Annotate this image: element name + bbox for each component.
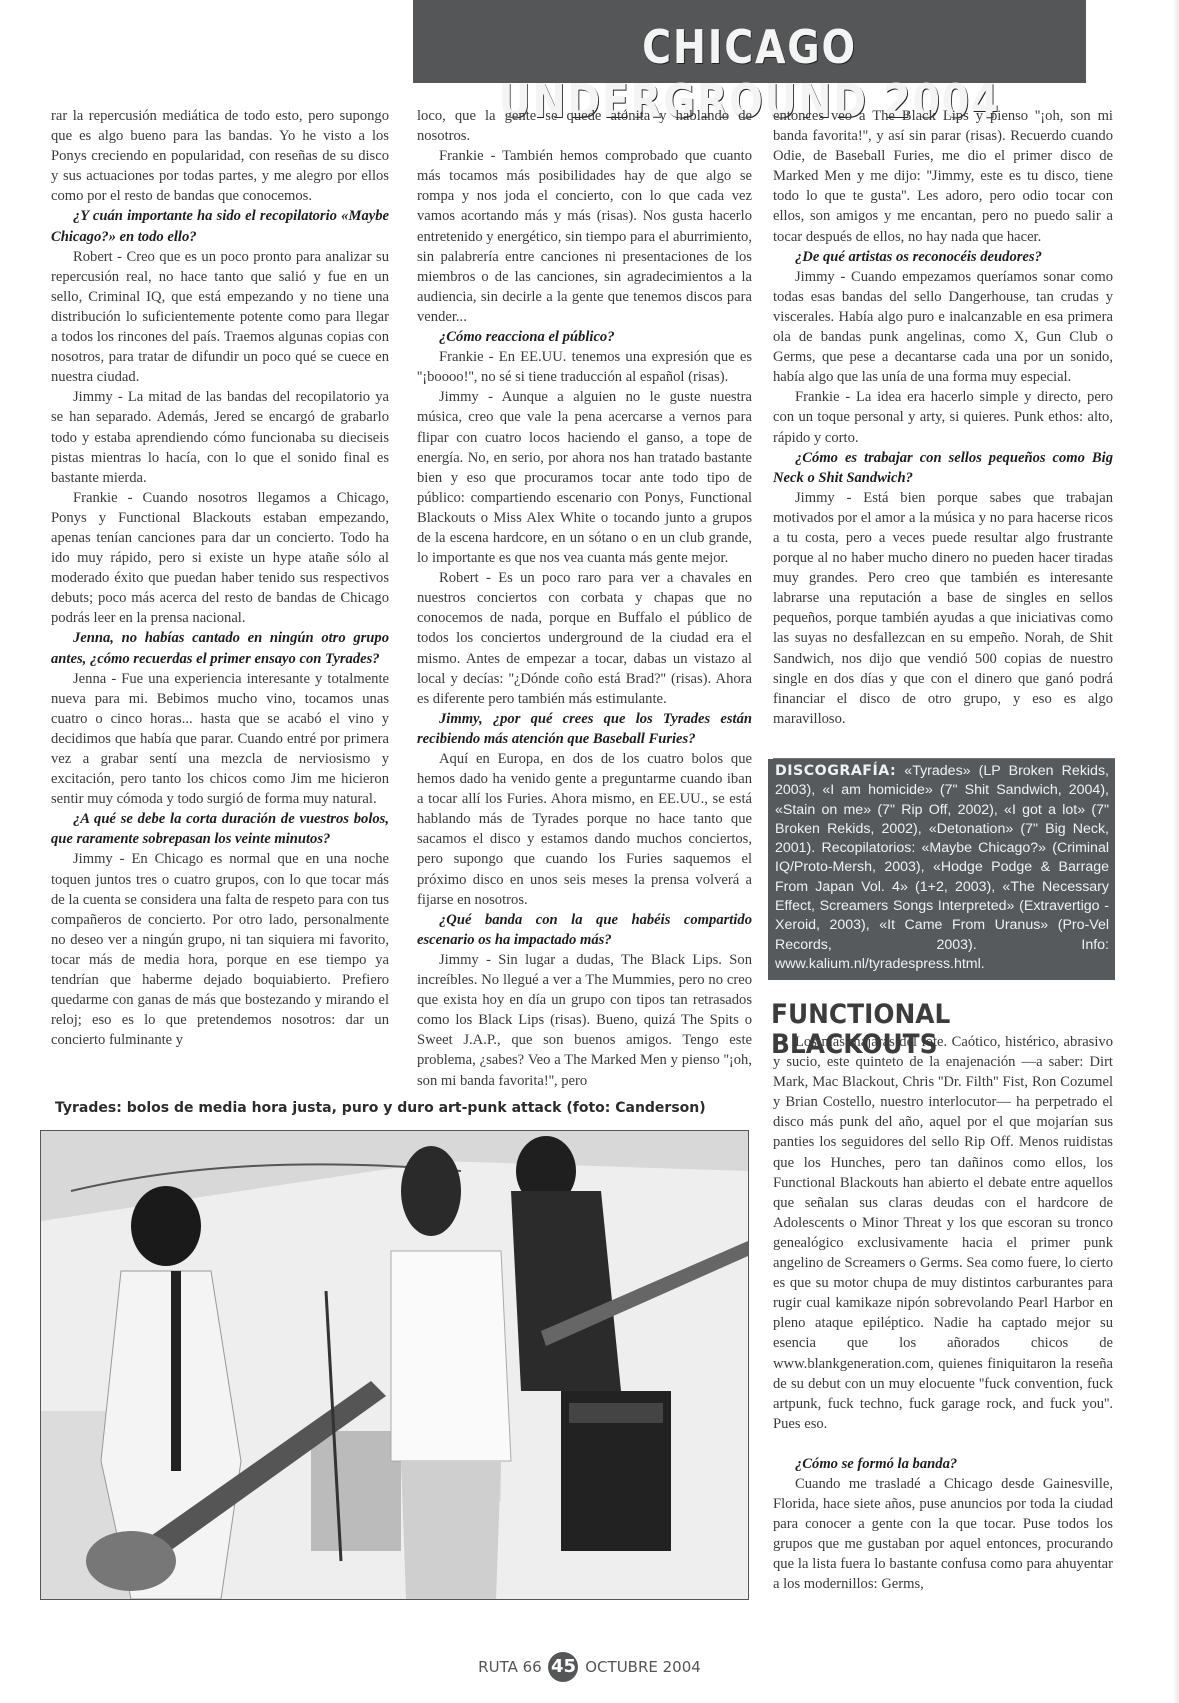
interview-question: Jimmy, ¿por qué crees que los Tyrades es… bbox=[417, 709, 752, 749]
paragraph: Frankie - La idea era hacerlo simple y d… bbox=[773, 387, 1113, 447]
paragraph: entonces veo a The Black Lips y pienso '… bbox=[773, 106, 1113, 247]
page-number-badge: 45 bbox=[548, 1652, 578, 1682]
paragraph: Cuando me trasladé a Chicago desde Gaine… bbox=[773, 1474, 1113, 1595]
interview-question: Jenna, no habías cantado en ningún otro … bbox=[51, 628, 389, 668]
paragraph: Jimmy - Cuando empezamos queríamos sonar… bbox=[773, 267, 1113, 388]
article-column-1: rar la repercusión mediática de todo est… bbox=[51, 106, 389, 1050]
paragraph: Los más majaras del lote. Caótico, histé… bbox=[773, 1032, 1113, 1434]
interview-question: ¿Cómo es trabajar con sellos pequeños co… bbox=[773, 448, 1113, 488]
interview-question: ¿A qué se debe la corta duración de vues… bbox=[51, 809, 389, 849]
paragraph: Aquí en Europa, en dos de los cuatro bol… bbox=[417, 749, 752, 910]
interview-question: ¿Cómo reacciona el público? bbox=[417, 327, 752, 347]
paragraph: Frankie - También hemos comprobado que c… bbox=[417, 146, 752, 327]
interview-question: ¿Cómo se formó la banda? bbox=[773, 1454, 1113, 1474]
paragraph: Jimmy - La mitad de las bandas del recop… bbox=[51, 387, 389, 487]
paragraph: Jimmy - Está bien porque sabes que traba… bbox=[773, 488, 1113, 729]
paragraph: Robert - Creo que es un poco pronto para… bbox=[51, 247, 389, 388]
paragraph: rar la repercusión mediática de todo est… bbox=[51, 106, 389, 206]
paragraph-spacer bbox=[773, 1434, 1113, 1454]
paragraph: Frankie - Cuando nosotros llegamos a Chi… bbox=[51, 488, 389, 629]
band-photo-illustration bbox=[41, 1131, 748, 1599]
functional-blackouts-heading: FUNCTIONAL BLACKOUTS bbox=[771, 1000, 1075, 1030]
page-footer: RUTA 66 45 OCTUBRE 2004 bbox=[0, 1652, 1179, 1682]
section-header-banner: CHICAGO UNDERGROUND 2004 bbox=[413, 0, 1086, 83]
interview-question: ¿De qué artistas os reconocéis deudores? bbox=[773, 247, 1113, 267]
paragraph: Robert - Es un poco raro para ver a chav… bbox=[417, 568, 752, 709]
interview-question: ¿Y cuán importante ha sido el recopilato… bbox=[51, 206, 389, 246]
discography-text: «Tyrades» (LP Broken Rekids, 2003), «I a… bbox=[775, 763, 1109, 972]
band-photo bbox=[40, 1130, 749, 1600]
interview-question: ¿Qué banda con la que habéis compartido … bbox=[417, 910, 752, 950]
issue-date: OCTUBRE 2004 bbox=[585, 1658, 701, 1676]
discography-box: DISCOGRAFÍA: «Tyrades» (LP Broken Rekids… bbox=[768, 759, 1115, 980]
paragraph: Jenna - Fue una experiencia interesante … bbox=[51, 669, 389, 810]
page-edge bbox=[1173, 0, 1179, 1703]
functional-blackouts-column: Los más majaras del lote. Caótico, histé… bbox=[773, 1032, 1113, 1595]
paragraph: Jimmy - Aunque a alguien no le guste nue… bbox=[417, 387, 752, 568]
paragraph: Jimmy - En Chicago es normal que en una … bbox=[51, 849, 389, 1050]
article-column-3: entonces veo a The Black Lips y pienso '… bbox=[773, 106, 1113, 729]
paragraph: Jimmy - Sin lugar a dudas, The Black Lip… bbox=[417, 950, 752, 1091]
discography-label: DISCOGRAFÍA: bbox=[775, 763, 896, 779]
paragraph: Frankie - En EE.UU. tenemos una expresió… bbox=[417, 347, 752, 387]
article-column-2: loco, que la gente se quede atónita y ha… bbox=[417, 106, 752, 1091]
paragraph: loco, que la gente se quede atónita y ha… bbox=[417, 106, 752, 146]
photo-caption: Tyrades: bolos de media hora justa, puro… bbox=[55, 1100, 706, 1116]
magazine-name: RUTA 66 bbox=[478, 1658, 542, 1676]
